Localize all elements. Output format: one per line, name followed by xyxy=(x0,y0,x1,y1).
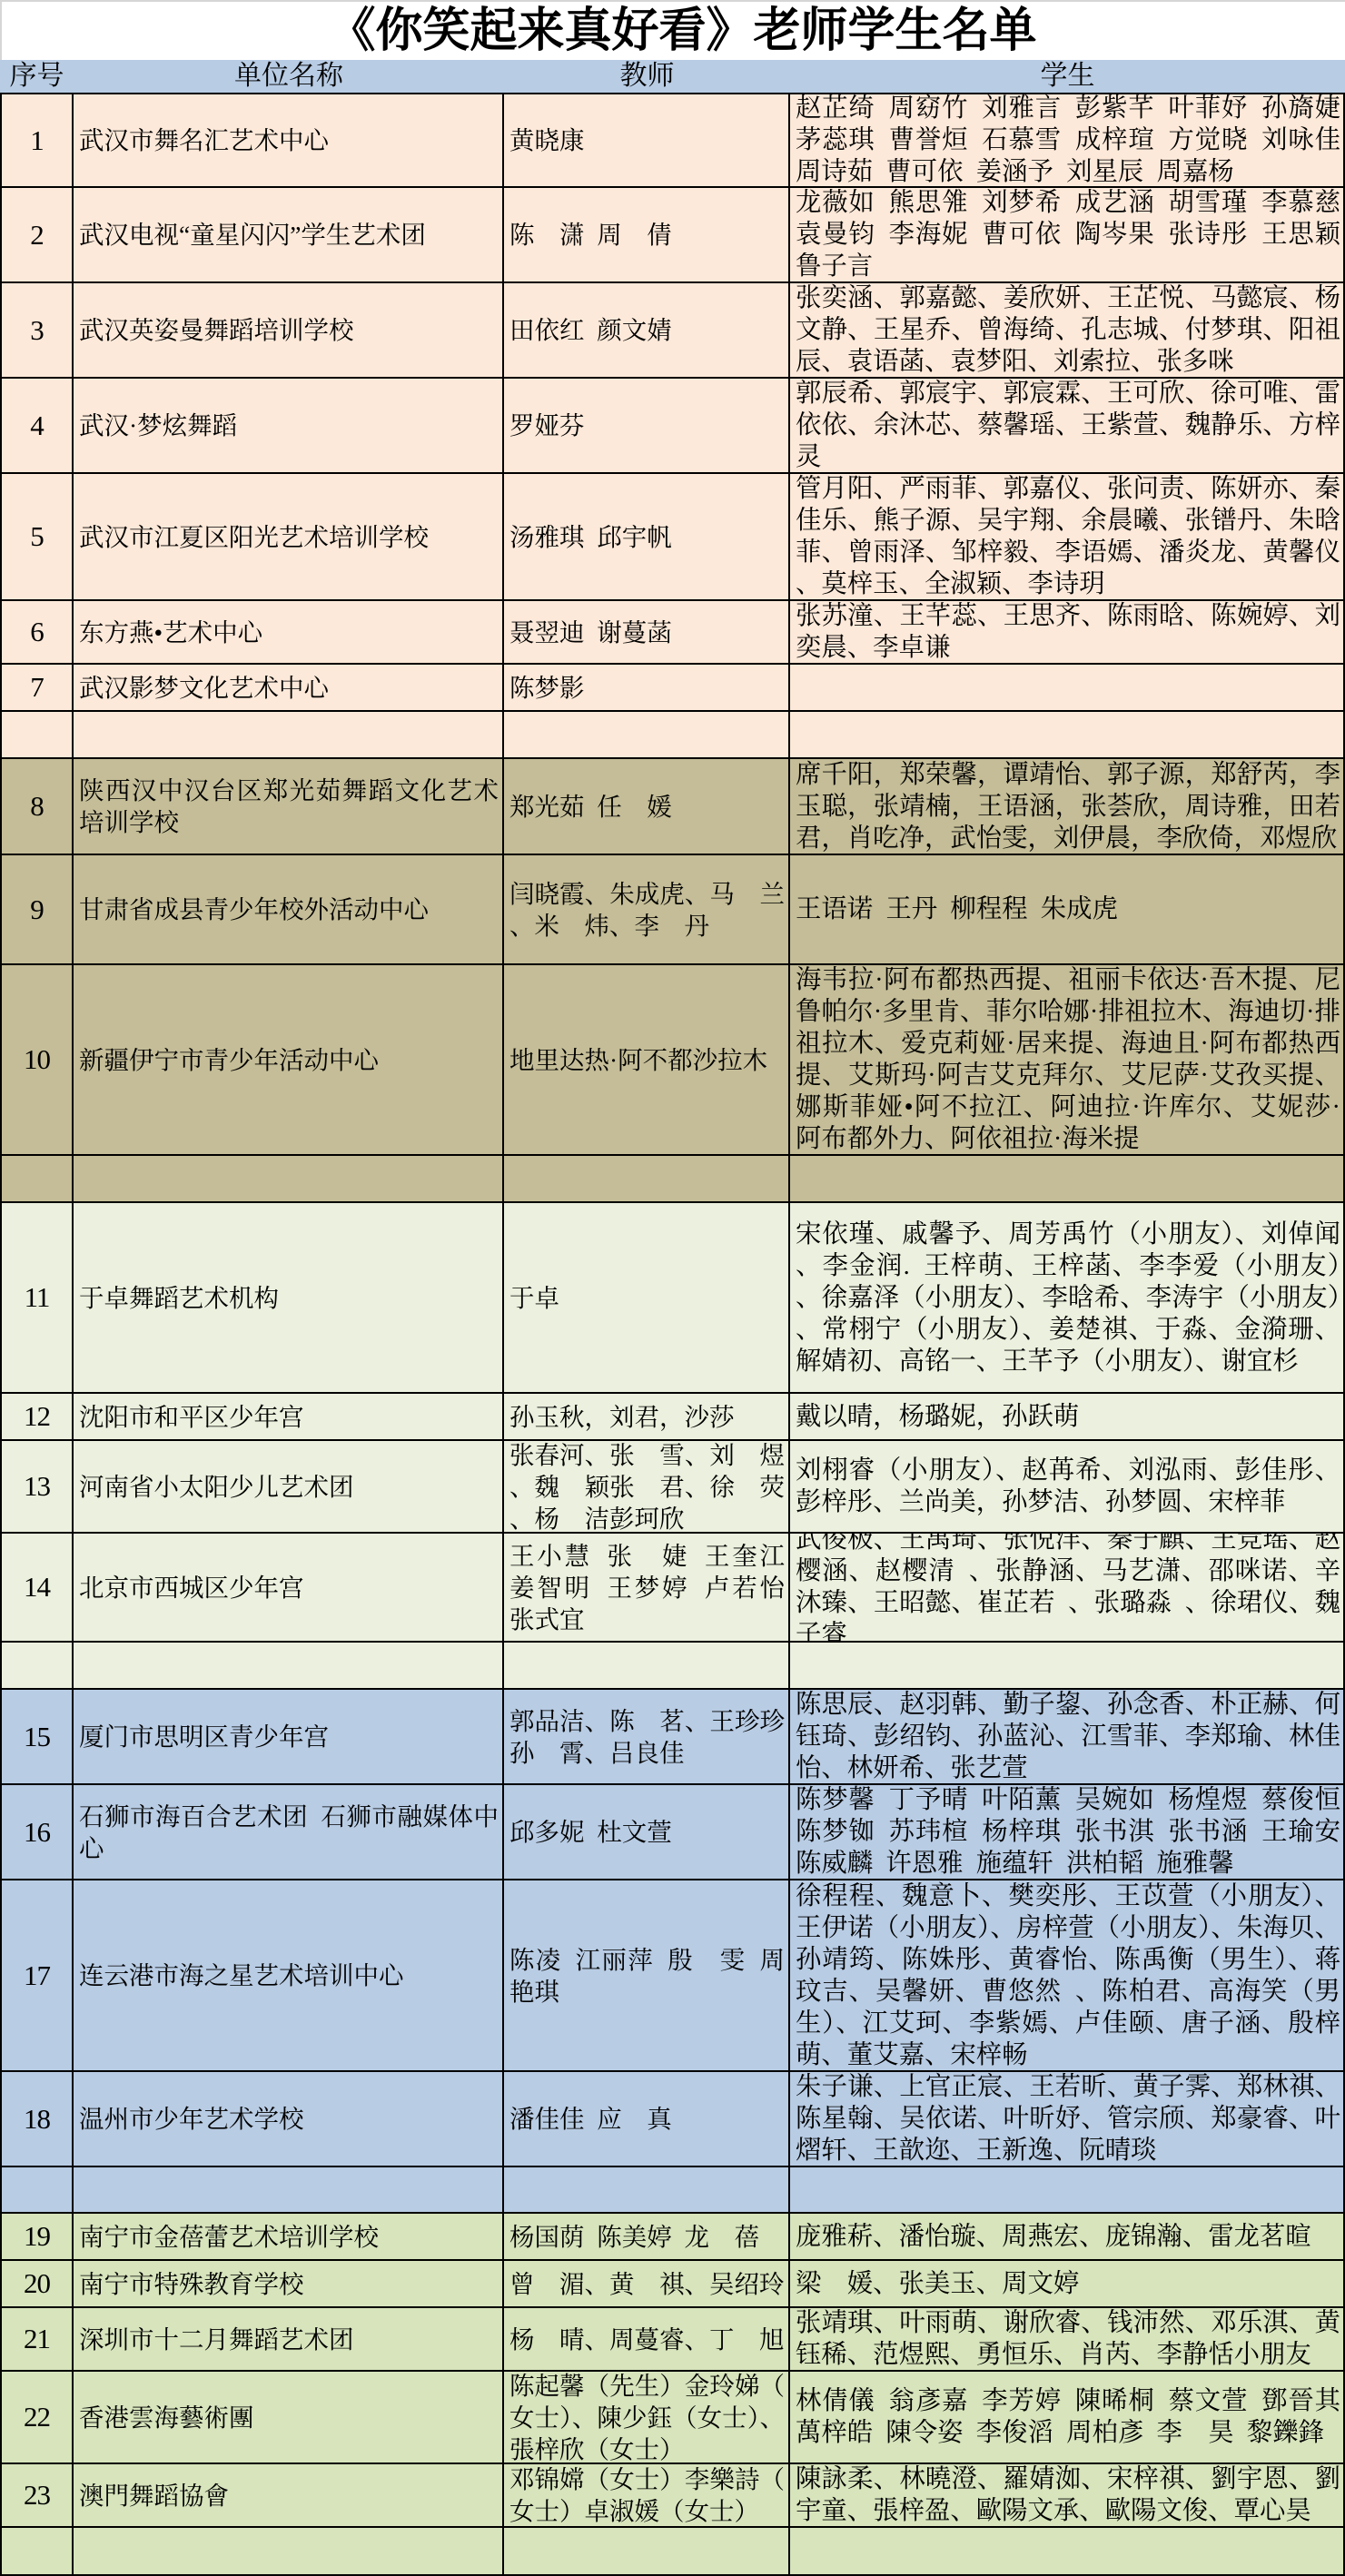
column-header-students: 学生 xyxy=(790,60,1345,93)
cell-seq: 15 xyxy=(0,1690,74,1783)
section-east: 15 厦门市思明区青少年宫 郭品洁、陈 茗、王珍珍孙 霄、吕良佳 陈思辰、赵羽韩… xyxy=(0,1690,1345,2214)
student-names: 庞雅菥、潘怡璇、周燕宏、庞锦瀚、雷龙茗暄 xyxy=(796,2221,1340,2253)
empty-cell xyxy=(790,1643,1345,1688)
cell-students: 梁 媛、张美玉、周文婷 xyxy=(790,2261,1345,2306)
teacher-names: 陈 潇 周 倩 xyxy=(509,219,785,251)
empty-cell xyxy=(790,2167,1345,2212)
seq-number: 3 xyxy=(30,314,44,347)
seq-number: 12 xyxy=(24,1400,50,1433)
cell-unit: 温州市少年艺术学校 xyxy=(74,2072,504,2166)
teacher-names: 罗娅芬 xyxy=(509,410,785,441)
cell-unit: 南宁市特殊教育学校 xyxy=(74,2261,504,2306)
cell-teachers: 张春河、张 雪、刘 煜、魏 颖张 君、徐 荧、杨 洁彭珂欣 xyxy=(504,1441,790,1532)
student-names: 陳詠柔、林曉澄、羅婧洳、宋梓祺、劉宇恩、劉宇童、張梓盈、歐陽文承、歐陽文俊、覃心… xyxy=(796,2464,1340,2526)
cell-seq: 17 xyxy=(0,1880,74,2070)
cell-students: 陳詠柔、林曉澄、羅婧洳、宋梓祺、劉宇恩、劉宇童、張梓盈、歐陽文承、歐陽文俊、覃心… xyxy=(790,2464,1345,2526)
cell-seq: 5 xyxy=(0,474,74,599)
seq-number: 14 xyxy=(24,1571,50,1604)
unit-name: 甘肃省成县青少年校外活动中心 xyxy=(79,893,499,925)
cell-teachers: 闫晓霞、朱成虎、马 兰、米 炜、李 丹 xyxy=(504,855,790,963)
cell-unit: 石狮市海百合艺术团 石狮市融媒体中心 xyxy=(74,1785,504,1879)
unit-name: 香港雲海藝術團 xyxy=(79,2402,499,2433)
spacer-row xyxy=(0,1643,1345,1690)
cell-students: 武俊极、王禹琦、张悦洋、秦子麒、王竞瑶、赵樱涵、赵樱清 、张静涵、马艺潇、邵咪诺… xyxy=(790,1534,1345,1641)
student-names: 张靖琪、叶雨萌、谢欣睿、钱沛然、邓乐淇、黄钰稀、范煜熙、勇恒乐、肖芮、李静恬小朋… xyxy=(796,2308,1340,2370)
unit-name: 温州市少年艺术学校 xyxy=(79,2103,499,2135)
cell-teachers: 王小慧 张 婕 王奎江 姜智明 王梦婷 卢若怡 张式宜 xyxy=(504,1534,790,1641)
teacher-names: 郑光茹 任 媛 xyxy=(509,791,785,823)
teacher-names: 郭品洁、陈 茗、王珍珍孙 霄、吕良佳 xyxy=(509,1705,785,1769)
cell-students: 林倩儀 翁彥嘉 李芳婷 陳晞桐 蔡文萱 鄧晉其 萬梓皓 陳令姿 李俊滔 周柏彥 … xyxy=(790,2372,1345,2462)
teacher-names: 聂翌迪 谢蔓菡 xyxy=(509,617,785,648)
table-row: 13 河南省小太阳少儿艺术团 张春河、张 雪、刘 煜、魏 颖张 君、徐 荧、杨 … xyxy=(0,1441,1345,1534)
unit-name: 武汉市江夏区阳光艺术培训学校 xyxy=(79,521,499,553)
teacher-names: 曾 湄、黄 祺、吴绍玲 xyxy=(509,2268,785,2300)
unit-name: 武汉影梦文化艺术中心 xyxy=(79,672,499,704)
cell-teachers: 陈梦影 xyxy=(504,665,790,710)
teacher-names: 潘佳佳 应 真 xyxy=(509,2103,785,2135)
unit-name: 东方燕•艺术中心 xyxy=(79,617,499,648)
teacher-names: 陈梦影 xyxy=(509,672,785,704)
empty-cell xyxy=(74,2167,504,2212)
cell-unit: 武汉市舞名汇艺术中心 xyxy=(74,94,504,186)
cell-teachers: 于卓 xyxy=(504,1203,790,1392)
student-names: 徐程程、魏意卜、樊奕彤、王苡萱（小朋友）、王伊诺（小朋友）、房梓萱（小朋友）、朱… xyxy=(796,1880,1340,2070)
column-header-unit: 单位名称 xyxy=(74,60,504,93)
empty-cell xyxy=(74,712,504,757)
cell-unit: 厦门市思明区青少年宫 xyxy=(74,1690,504,1783)
seq-number: 17 xyxy=(24,1959,50,1992)
seq-number: 5 xyxy=(30,520,44,553)
cell-seq: 18 xyxy=(0,2072,74,2166)
cell-unit: 深圳市十二月舞蹈艺术团 xyxy=(74,2308,504,2370)
cell-teachers: 曾 湄、黄 祺、吴绍玲 xyxy=(504,2261,790,2306)
student-names: 王语诺 王丹 柳程程 朱成虎 xyxy=(796,893,1340,925)
cell-unit: 武汉·梦炫舞蹈 xyxy=(74,379,504,472)
seq-number: 10 xyxy=(24,1043,50,1076)
teacher-names: 邱多妮 杜文萱 xyxy=(509,1816,785,1848)
cell-students xyxy=(790,665,1345,710)
seq-number: 2 xyxy=(30,219,44,252)
student-names: 宋依瑾、戚馨予、周芳禹竹（小朋友）、刘倬闻、李金润. 王梓萌、王梓菡、李李爱（小… xyxy=(796,1219,1340,1377)
seq-number: 13 xyxy=(24,1470,50,1503)
cell-teachers: 杨国荫 陈美婷 龙 蓓 xyxy=(504,2214,790,2259)
table-row: 16 石狮市海百合艺术团 石狮市融媒体中心 邱多妮 杜文萱 陈梦馨 丁予晴 叶陌… xyxy=(0,1785,1345,1880)
teacher-names: 田依红 颜文婧 xyxy=(509,314,785,346)
cell-students: 徐程程、魏意卜、樊奕彤、王苡萱（小朋友）、王伊诺（小朋友）、房梓萱（小朋友）、朱… xyxy=(790,1880,1345,2070)
cell-seq: 20 xyxy=(0,2261,74,2306)
unit-name: 于卓舞蹈艺术机构 xyxy=(79,1282,499,1314)
cell-students: 龙薇如 熊思雂 刘梦希 成艺涵 胡雪瑾 李慕慈 袁曼钧 李海妮 曹可依 陶岑果 … xyxy=(790,188,1345,281)
student-names: 梁 媛、张美玉、周文婷 xyxy=(796,2268,1340,2300)
cell-teachers: 郭品洁、陈 茗、王珍珍孙 霄、吕良佳 xyxy=(504,1690,790,1783)
empty-cell xyxy=(790,712,1345,757)
empty-cell xyxy=(74,1156,504,1201)
empty-cell xyxy=(504,1156,790,1201)
cell-teachers: 杨 晴、周蔓睿、丁 旭 xyxy=(504,2308,790,2370)
empty-cell xyxy=(0,2167,74,2212)
unit-name: 武汉英姿曼舞蹈培训学校 xyxy=(79,314,499,346)
unit-name: 连云港市海之星艺术培训中心 xyxy=(79,1959,499,1991)
table-row: 5 武汉市江夏区阳光艺术培训学校 汤雅琪 邱宇帆 管月阳、严雨菲、郭嘉仪、张问责… xyxy=(0,474,1345,601)
student-names: 龙薇如 熊思雂 刘梦希 成艺涵 胡雪瑾 李慕慈 袁曼钧 李海妮 曹可依 陶岑果 … xyxy=(796,188,1340,281)
teacher-names: 邓锦嫦（女士）李樂詩（女士）卓淑媛（女士） xyxy=(509,2464,785,2526)
cell-seq: 22 xyxy=(0,2372,74,2462)
spacer-row xyxy=(0,2167,1345,2214)
student-names: 陈梦馨 丁予晴 叶陌薰 吴婉如 杨煌煜 蔡俊恒 陈梦铷 苏玮楦 杨梓琪 张书淇 … xyxy=(796,1785,1340,1879)
seq-number: 16 xyxy=(24,1816,50,1849)
section-south: 19 南宁市金蓓蕾艺术培训学校 杨国荫 陈美婷 龙 蓓 庞雅菥、潘怡璇、周燕宏、… xyxy=(0,2214,1345,2576)
cell-unit: 武汉电视“童星闪闪”学生艺术团 xyxy=(74,188,504,281)
student-names: 张奕涵、郭嘉懿、姜欣妍、王芷悦、马懿宸、杨文静、王星乔、曾海绮、孔志城、付梦琪、… xyxy=(796,283,1340,377)
cell-students: 宋依瑾、戚馨予、周芳禹竹（小朋友）、刘倬闻、李金润. 王梓萌、王梓菡、李李爱（小… xyxy=(790,1203,1345,1392)
unit-name: 厦门市思明区青少年宫 xyxy=(79,1721,499,1752)
table-row: 17 连云港市海之星艺术培训中心 陈凌 江丽萍 殷 雯 周艳琪 徐程程、魏意卜、… xyxy=(0,1880,1345,2072)
cell-seq: 4 xyxy=(0,379,74,472)
cell-students: 王语诺 王丹 柳程程 朱成虎 xyxy=(790,855,1345,963)
cell-teachers: 邓锦嫦（女士）李樂詩（女士）卓淑媛（女士） xyxy=(504,2464,790,2526)
unit-name: 陕西汉中汉台区郑光茹舞蹈文化艺术培训学校 xyxy=(79,775,499,838)
empty-cell xyxy=(74,2528,504,2574)
cell-seq: 11 xyxy=(0,1203,74,1392)
seq-number: 22 xyxy=(24,2401,50,2433)
cell-students: 赵芷绮 周窈竹 刘雅言 彭紫芊 叶菲妤 孙旖婕 茅蕊琪 曹誉烜 石慕雪 成梓瑄 … xyxy=(790,94,1345,186)
table-row: 20 南宁市特殊教育学校 曾 湄、黄 祺、吴绍玲 梁 媛、张美玉、周文婷 xyxy=(0,2261,1345,2308)
teacher-names: 闫晓霞、朱成虎、马 兰、米 炜、李 丹 xyxy=(509,878,785,942)
unit-name: 河南省小太阳少儿艺术团 xyxy=(79,1471,499,1503)
cell-seq: 2 xyxy=(0,188,74,281)
cell-unit: 陕西汉中汉台区郑光茹舞蹈文化艺术培训学校 xyxy=(74,759,504,854)
page-title: 《你笑起来真好看》老师学生名单 xyxy=(0,0,1345,60)
student-names: 武俊极、王禹琦、张悦洋、秦子麒、王竞瑶、赵樱涵、赵樱清 、张静涵、马艺潇、邵咪诺… xyxy=(796,1534,1340,1641)
column-header-teachers: 教师 xyxy=(504,60,790,93)
seq-number: 1 xyxy=(30,124,44,157)
empty-cell xyxy=(0,2528,74,2574)
seq-number: 18 xyxy=(24,2103,50,2136)
seq-number: 6 xyxy=(30,616,44,648)
empty-cell xyxy=(504,2167,790,2212)
table-row: 15 厦门市思明区青少年宫 郭品洁、陈 茗、王珍珍孙 霄、吕良佳 陈思辰、赵羽韩… xyxy=(0,1690,1345,1785)
empty-cell xyxy=(0,1643,74,1688)
cell-unit: 沈阳市和平区少年宫 xyxy=(74,1394,504,1439)
column-header-seq: 序号 xyxy=(0,60,74,93)
cell-seq: 13 xyxy=(0,1441,74,1532)
unit-name: 澳門舞蹈協會 xyxy=(79,2480,499,2512)
unit-name: 南宁市特殊教育学校 xyxy=(79,2268,499,2300)
empty-cell xyxy=(74,1643,504,1688)
seq-number: 9 xyxy=(30,893,44,926)
teacher-names: 陈起馨（先生）金玲娣（女士）、陳少鈺（女士）、張梓欣（女士） xyxy=(509,2372,785,2462)
student-names: 管月阳、严雨菲、郭嘉仪、张问责、陈妍亦、秦佳乐、熊子源、吴宇翔、余晨曦、张镨丹、… xyxy=(796,474,1340,599)
cell-seq: 7 xyxy=(0,665,74,710)
teacher-names: 王小慧 张 婕 王奎江 姜智明 王梦婷 卢若怡 张式宜 xyxy=(509,1540,785,1635)
table-row: 11 于卓舞蹈艺术机构 于卓 宋依瑾、戚馨予、周芳禹竹（小朋友）、刘倬闻、李金润… xyxy=(0,1203,1345,1394)
empty-cell xyxy=(0,1156,74,1201)
cell-seq: 8 xyxy=(0,759,74,854)
cell-seq: 14 xyxy=(0,1534,74,1641)
cell-teachers: 邱多妮 杜文萱 xyxy=(504,1785,790,1879)
cell-students: 郭辰希、郭宸宇、郭宸霖、王可欣、徐可唯、雷依依、余沐芯、蔡馨瑶、王紫萱、魏静乐、… xyxy=(790,379,1345,472)
student-names: 张苏潼、王芊蕊、王思齐、陈雨晗、陈婉婷、刘奕晨、李卓谦 xyxy=(796,601,1340,663)
student-names: 陈思辰、赵羽韩、勤子鋆、孙念香、朴正赫、何钰琦、彭绍钧、孙蓝沁、江雪菲、李郑瑜、… xyxy=(796,1690,1340,1783)
cell-teachers: 陈凌 江丽萍 殷 雯 周艳琪 xyxy=(504,1880,790,2070)
cell-students: 张苏潼、王芊蕊、王思齐、陈雨晗、陈婉婷、刘奕晨、李卓谦 xyxy=(790,601,1345,663)
seq-number: 4 xyxy=(30,410,44,442)
cell-teachers: 陈 潇 周 倩 xyxy=(504,188,790,281)
cell-students: 陈思辰、赵羽韩、勤子鋆、孙念香、朴正赫、何钰琦、彭绍钧、孙蓝沁、江雪菲、李郑瑜、… xyxy=(790,1690,1345,1783)
cell-seq: 21 xyxy=(0,2308,74,2370)
cell-unit: 澳門舞蹈協會 xyxy=(74,2464,504,2526)
table-row: 7 武汉影梦文化艺术中心 陈梦影 xyxy=(0,665,1345,712)
cell-unit: 香港雲海藝術團 xyxy=(74,2372,504,2462)
seq-number: 11 xyxy=(25,1281,50,1314)
cell-students: 庞雅菥、潘怡璇、周燕宏、庞锦瀚、雷龙茗暄 xyxy=(790,2214,1345,2259)
table-row: 18 温州市少年艺术学校 潘佳佳 应 真 朱子谦、上官正宸、王若昕、黄子霁、郑林… xyxy=(0,2072,1345,2167)
table-row: 22 香港雲海藝術團 陈起馨（先生）金玲娣（女士）、陳少鈺（女士）、張梓欣（女士… xyxy=(0,2372,1345,2464)
table-row: 9 甘肃省成县青少年校外活动中心 闫晓霞、朱成虎、马 兰、米 炜、李 丹 王语诺… xyxy=(0,855,1345,965)
table-row: 6 东方燕•艺术中心 聂翌迪 谢蔓菡 张苏潼、王芊蕊、王思齐、陈雨晗、陈婉婷、刘… xyxy=(0,601,1345,665)
empty-cell xyxy=(504,1643,790,1688)
cell-teachers: 黄晓康 xyxy=(504,94,790,186)
cell-unit: 河南省小太阳少儿艺术团 xyxy=(74,1441,504,1532)
cell-teachers: 罗娅芬 xyxy=(504,379,790,472)
cell-unit: 新疆伊宁市青少年活动中心 xyxy=(74,965,504,1154)
section-north: 11 于卓舞蹈艺术机构 于卓 宋依瑾、戚馨予、周芳禹竹（小朋友）、刘倬闻、李金润… xyxy=(0,1203,1345,1690)
table-row: 14 北京市西城区少年宫 王小慧 张 婕 王奎江 姜智明 王梦婷 卢若怡 张式宜… xyxy=(0,1534,1345,1643)
table-row: 12 沈阳市和平区少年宫 孙玉秋，刘君，沙莎 戴以晴，杨璐妮，孙跃萌 xyxy=(0,1394,1345,1441)
unit-name: 深圳市十二月舞蹈艺术团 xyxy=(79,2324,499,2355)
cell-students: 海韦拉·阿布都热西提、祖丽卡依达·吾木提、尼鲁帕尔·多里肯、菲尔哈娜·排祖拉木、… xyxy=(790,965,1345,1154)
student-names: 戴以晴，杨璐妮，孙跃萌 xyxy=(796,1401,1340,1433)
student-names: 海韦拉·阿布都热西提、祖丽卡依达·吾木提、尼鲁帕尔·多里肯、菲尔哈娜·排祖拉木、… xyxy=(796,965,1340,1154)
cell-seq: 16 xyxy=(0,1785,74,1879)
spacer-row xyxy=(0,2528,1345,2576)
teacher-names: 杨国荫 陈美婷 龙 蓓 xyxy=(509,2221,785,2253)
teacher-names: 黄晓康 xyxy=(509,124,785,156)
cell-seq: 3 xyxy=(0,283,74,377)
empty-cell xyxy=(0,712,74,757)
teacher-names: 地里达热·阿不都沙拉木 xyxy=(509,1044,785,1076)
cell-students: 张靖琪、叶雨萌、谢欣睿、钱沛然、邓乐淇、黄钰稀、范煜熙、勇恒乐、肖芮、李静恬小朋… xyxy=(790,2308,1345,2370)
cell-teachers: 潘佳佳 应 真 xyxy=(504,2072,790,2166)
cell-teachers: 孙玉秋，刘君，沙莎 xyxy=(504,1394,790,1439)
teacher-names: 陈凌 江丽萍 殷 雯 周艳琪 xyxy=(509,1944,785,2008)
table-header: 序号 单位名称 教师 学生 xyxy=(0,60,1345,93)
table-row: 8 陕西汉中汉台区郑光茹舞蹈文化艺术培训学校 郑光茹 任 媛 席千阳，郑荣馨，谭… xyxy=(0,759,1345,855)
seq-number: 7 xyxy=(30,671,44,704)
table-row: 21 深圳市十二月舞蹈艺术团 杨 晴、周蔓睿、丁 旭 张靖琪、叶雨萌、谢欣睿、钱… xyxy=(0,2308,1345,2372)
unit-name: 石狮市海百合艺术团 石狮市融媒体中心 xyxy=(79,1801,499,1864)
cell-seq: 10 xyxy=(0,965,74,1154)
cell-unit: 甘肃省成县青少年校外活动中心 xyxy=(74,855,504,963)
unit-name: 武汉·梦炫舞蹈 xyxy=(79,410,499,441)
cell-students: 张奕涵、郭嘉懿、姜欣妍、王芷悦、马懿宸、杨文静、王星乔、曾海绮、孔志城、付梦琪、… xyxy=(790,283,1345,377)
seq-number: 23 xyxy=(24,2479,50,2512)
cell-unit: 东方燕•艺术中心 xyxy=(74,601,504,663)
table-row: 4 武汉·梦炫舞蹈 罗娅芬 郭辰希、郭宸宇、郭宸霖、王可欣、徐可唯、雷依依、余沐… xyxy=(0,379,1345,474)
cell-unit: 于卓舞蹈艺术机构 xyxy=(74,1203,504,1392)
table-row: 10 新疆伊宁市青少年活动中心 地里达热·阿不都沙拉木 海韦拉·阿布都热西提、祖… xyxy=(0,965,1345,1156)
table-row: 1 武汉市舞名汇艺术中心 黄晓康 赵芷绮 周窈竹 刘雅言 彭紫芊 叶菲妤 孙旖婕… xyxy=(0,94,1345,188)
cell-seq: 12 xyxy=(0,1394,74,1439)
teacher-names: 于卓 xyxy=(509,1282,785,1314)
cell-seq: 6 xyxy=(0,601,74,663)
student-names: 林倩儀 翁彥嘉 李芳婷 陳晞桐 蔡文萱 鄧晉其 萬梓皓 陳令姿 李俊滔 周柏彥 … xyxy=(796,2385,1340,2449)
section-wuhan: 1 武汉市舞名汇艺术中心 黄晓康 赵芷绮 周窈竹 刘雅言 彭紫芊 叶菲妤 孙旖婕… xyxy=(0,94,1345,759)
cell-teachers: 陈起馨（先生）金玲娣（女士）、陳少鈺（女士）、張梓欣（女士） xyxy=(504,2372,790,2462)
cell-unit: 武汉英姿曼舞蹈培训学校 xyxy=(74,283,504,377)
cell-teachers: 汤雅琪 邱宇帆 xyxy=(504,474,790,599)
unit-name: 武汉市舞名汇艺术中心 xyxy=(79,124,499,156)
cell-unit: 连云港市海之星艺术培训中心 xyxy=(74,1880,504,2070)
seq-number: 19 xyxy=(24,2220,50,2253)
cell-students: 朱子谦、上官正宸、王若昕、黄子霁、郑林祺、陈星翰、吴依诺、叶昕妤、管宗颀、郑豪睿… xyxy=(790,2072,1345,2166)
cell-unit: 北京市西城区少年宫 xyxy=(74,1534,504,1641)
cell-seq: 9 xyxy=(0,855,74,963)
cell-students: 刘栩睿（小朋友）、赵苒希、刘泓雨、彭佳彤、彭梓彤、兰尚美，孙梦洁、孙梦圆、宋梓菲 xyxy=(790,1441,1345,1532)
empty-cell xyxy=(790,2528,1345,2574)
spacer-row xyxy=(0,1156,1345,1203)
cell-students: 席千阳，郑荣馨，谭靖怡、郭子源，郑舒芮，李玉聪，张靖楠，王语涵，张荟欣，周诗雅，… xyxy=(790,759,1345,854)
student-names: 刘栩睿（小朋友）、赵苒希、刘泓雨、彭佳彤、彭梓彤、兰尚美，孙梦洁、孙梦圆、宋梓菲 xyxy=(796,1455,1340,1518)
unit-name: 沈阳市和平区少年宫 xyxy=(79,1401,499,1433)
table-body: 1 武汉市舞名汇艺术中心 黄晓康 赵芷绮 周窈竹 刘雅言 彭紫芊 叶菲妤 孙旖婕… xyxy=(0,93,1345,2576)
teacher-names: 汤雅琪 邱宇帆 xyxy=(509,521,785,553)
student-names: 郭辰希、郭宸宇、郭宸霖、王可欣、徐可唯、雷依依、余沐芯、蔡馨瑶、王紫萱、魏静乐、… xyxy=(796,379,1340,472)
cell-students: 戴以晴，杨璐妮，孙跃萌 xyxy=(790,1394,1345,1439)
seq-number: 21 xyxy=(24,2323,50,2355)
table-row: 19 南宁市金蓓蕾艺术培训学校 杨国荫 陈美婷 龙 蓓 庞雅菥、潘怡璇、周燕宏、… xyxy=(0,2214,1345,2261)
seq-number: 20 xyxy=(24,2267,50,2300)
cell-teachers: 田依红 颜文婧 xyxy=(504,283,790,377)
spacer-row xyxy=(0,712,1345,759)
unit-name: 新疆伊宁市青少年活动中心 xyxy=(79,1044,499,1076)
roster-sheet: 《你笑起来真好看》老师学生名单 序号 单位名称 教师 学生 1 武汉市舞名汇艺术… xyxy=(0,0,1345,2576)
teacher-names: 杨 晴、周蔓睿、丁 旭 xyxy=(509,2324,785,2355)
student-names: 赵芷绮 周窈竹 刘雅言 彭紫芊 叶菲妤 孙旖婕 茅蕊琪 曹誉烜 石慕雪 成梓瑄 … xyxy=(796,94,1340,186)
cell-students: 管月阳、严雨菲、郭嘉仪、张问责、陈妍亦、秦佳乐、熊子源、吴宇翔、余晨曦、张镨丹、… xyxy=(790,474,1345,599)
table-row: 3 武汉英姿曼舞蹈培训学校 田依红 颜文婧 张奕涵、郭嘉懿、姜欣妍、王芷悦、马懿… xyxy=(0,283,1345,379)
section-northwest: 8 陕西汉中汉台区郑光茹舞蹈文化艺术培训学校 郑光茹 任 媛 席千阳，郑荣馨，谭… xyxy=(0,759,1345,1203)
unit-name: 北京市西城区少年宫 xyxy=(79,1572,499,1604)
teacher-names: 孙玉秋，刘君，沙莎 xyxy=(509,1401,785,1433)
unit-name: 武汉电视“童星闪闪”学生艺术团 xyxy=(79,219,499,251)
teacher-names: 张春河、张 雪、刘 煜、魏 颖张 君、徐 荧、杨 洁彭珂欣 xyxy=(509,1441,785,1532)
unit-name: 南宁市金蓓蕾艺术培训学校 xyxy=(79,2221,499,2253)
table-row: 23 澳門舞蹈協會 邓锦嫦（女士）李樂詩（女士）卓淑媛（女士） 陳詠柔、林曉澄、… xyxy=(0,2464,1345,2528)
student-names: 席千阳，郑荣馨，谭靖怡、郭子源，郑舒芮，李玉聪，张靖楠，王语涵，张荟欣，周诗雅，… xyxy=(796,759,1340,854)
cell-unit: 武汉市江夏区阳光艺术培训学校 xyxy=(74,474,504,599)
cell-seq: 23 xyxy=(0,2464,74,2526)
cell-teachers: 地里达热·阿不都沙拉木 xyxy=(504,965,790,1154)
cell-unit: 武汉影梦文化艺术中心 xyxy=(74,665,504,710)
seq-number: 8 xyxy=(30,790,44,823)
cell-seq: 19 xyxy=(0,2214,74,2259)
cell-teachers: 郑光茹 任 媛 xyxy=(504,759,790,854)
cell-students: 陈梦馨 丁予晴 叶陌薰 吴婉如 杨煌煜 蔡俊恒 陈梦铷 苏玮楦 杨梓琪 张书淇 … xyxy=(790,1785,1345,1879)
cell-seq: 1 xyxy=(0,94,74,186)
cell-teachers: 聂翌迪 谢蔓菡 xyxy=(504,601,790,663)
empty-cell xyxy=(504,2528,790,2574)
table-row: 2 武汉电视“童星闪闪”学生艺术团 陈 潇 周 倩 龙薇如 熊思雂 刘梦希 成艺… xyxy=(0,188,1345,283)
cell-unit: 南宁市金蓓蕾艺术培训学校 xyxy=(74,2214,504,2259)
seq-number: 15 xyxy=(24,1721,50,1753)
empty-cell xyxy=(504,712,790,757)
empty-cell xyxy=(790,1156,1345,1201)
student-names: 朱子谦、上官正宸、王若昕、黄子霁、郑林祺、陈星翰、吴依诺、叶昕妤、管宗颀、郑豪睿… xyxy=(796,2072,1340,2166)
